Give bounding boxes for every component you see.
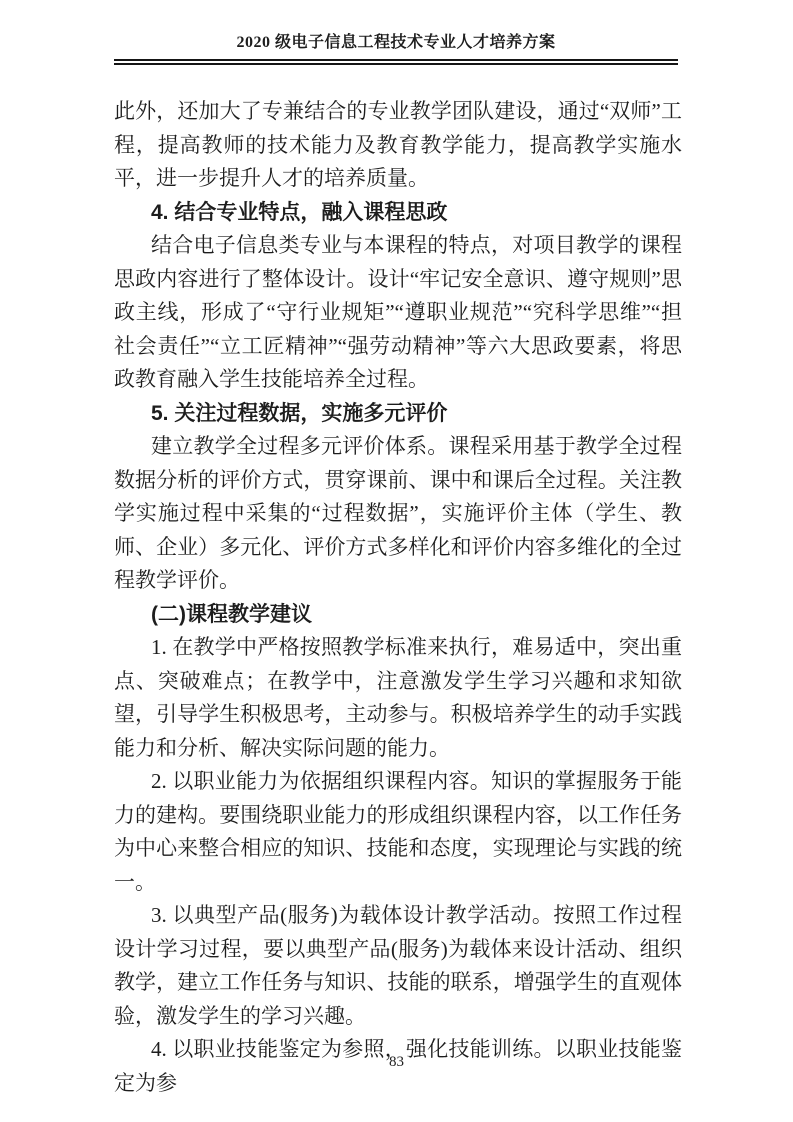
body-paragraph: 此外，还加大了专兼结合的专业教学团队建设，通过“双师”工程，提高教师的技术能力及…: [114, 95, 682, 196]
document-body: 此外，还加大了专兼结合的专业教学团队建设，通过“双师”工程，提高教师的技术能力及…: [114, 95, 682, 1100]
header-rule: [114, 59, 678, 65]
body-paragraph: 建立教学全过程多元评价体系。课程采用基于教学全过程数据分析的评价方式，贯穿课前、…: [114, 430, 682, 598]
page-footer: 83: [0, 1053, 793, 1072]
body-paragraph: 结合电子信息类专业与本课程的特点，对项目教学的课程思政内容进行了整体设计。设计“…: [114, 229, 682, 397]
document-page: 2020 级电子信息工程技术专业人才培养方案 此外，还加大了专兼结合的专业教学团…: [0, 0, 793, 1122]
header-title: 2020 级电子信息工程技术专业人才培养方案: [114, 33, 678, 53]
body-paragraph: 2. 以职业能力为依据组织课程内容。知识的掌握服务于能力的建构。要围绕职业能力的…: [114, 765, 682, 899]
page-header: 2020 级电子信息工程技术专业人才培养方案: [114, 33, 678, 65]
body-paragraph: 3. 以典型产品(服务)为载体设计教学活动。按照工作过程设计学习过程，要以典型产…: [114, 899, 682, 1033]
page-number: 83: [389, 1054, 404, 1070]
body-heading: (二)课程教学建议: [114, 598, 682, 632]
body-paragraph: 1. 在教学中严格按照教学标准来执行，难易适中，突出重点、突破难点；在教学中，注…: [114, 631, 682, 765]
body-heading: 5. 关注过程数据，实施多元评价: [114, 397, 682, 431]
body-heading: 4. 结合专业特点，融入课程思政: [114, 196, 682, 230]
